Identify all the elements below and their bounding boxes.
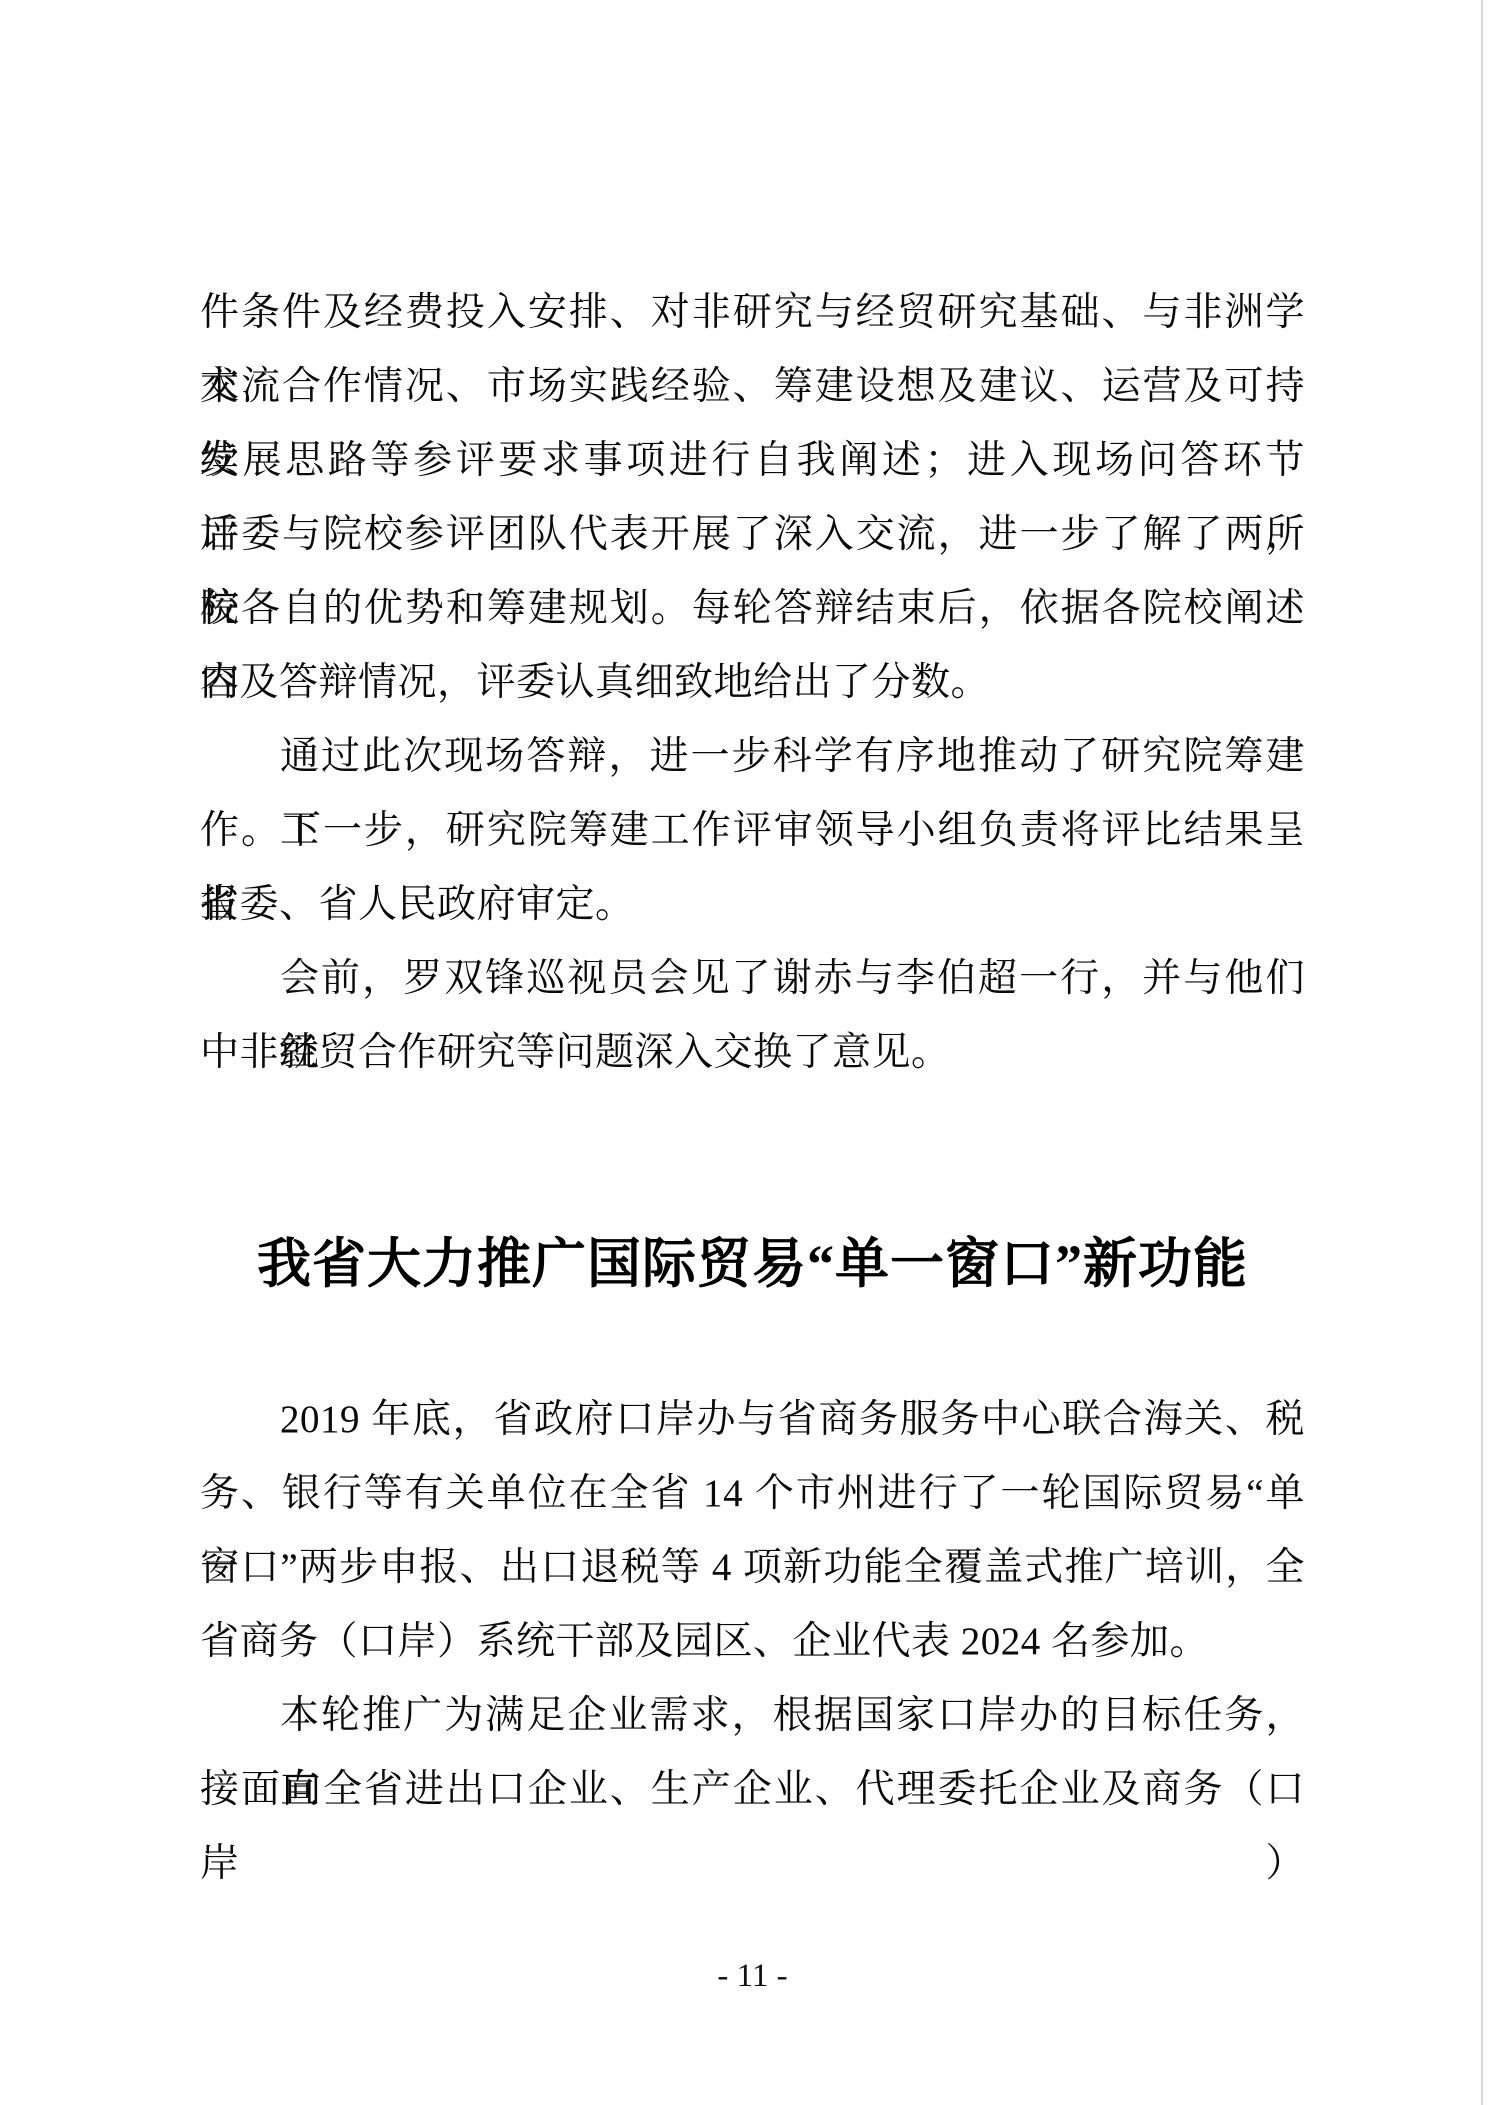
- page-number-footer: - 11 -: [200, 1956, 1305, 1996]
- text-line: 省委、省人民政府审定。: [200, 868, 1305, 942]
- paragraph: 2019 年底，省政府口岸办与省商务服务中心联合海关、税务、银行等有关单位在全省…: [200, 1383, 1305, 1679]
- text-line: 校各自的优势和筹建规划。每轮答辩结束后，依据各院校阐述内: [200, 572, 1305, 646]
- text-line: 窗口”两步申报、出口退税等 4 项新功能全覆盖式推广培训，全: [200, 1531, 1305, 1605]
- paragraph: 会前，罗双锋巡视员会见了谢赤与李伯超一行，并与他们就中非经贸合作研究等问题深入交…: [200, 942, 1305, 1090]
- text-line: 中非经贸合作研究等问题深入交换了意见。: [200, 1016, 1305, 1090]
- text-line: 容及答辩情况，评委认真细致地给出了分数。: [200, 646, 1305, 720]
- text-line: 接面向全省进出口企业、生产企业、代理委托企业及商务（口岸）: [200, 1753, 1305, 1827]
- text-line: 交流合作情况、市场实践经验、筹建设想及建议、运营及可持续: [200, 350, 1305, 424]
- text-line: 件条件及经费投入安排、对非研究与经贸研究基础、与非洲学术: [200, 276, 1305, 350]
- document-page: 件条件及经费投入安排、对非研究与经贸研究基础、与非洲学术交流合作情况、市场实践经…: [0, 0, 1488, 2105]
- paragraph: 通过此次现场答辩，进一步科学有序地推动了研究院筹建工作。下一步，研究院筹建工作评…: [200, 720, 1305, 942]
- body-text-top: 件条件及经费投入安排、对非研究与经贸研究基础、与非洲学术交流合作情况、市场实践经…: [200, 276, 1305, 1090]
- text-line: 发展思路等参评要求事项进行自我阐述；进入现场问答环节后，: [200, 424, 1305, 498]
- body-text-bottom: 2019 年底，省政府口岸办与省商务服务中心联合海关、税务、银行等有关单位在全省…: [200, 1383, 1305, 1827]
- text-line: 作。下一步，研究院筹建工作评审领导小组负责将评比结果呈报: [200, 794, 1305, 868]
- text-line: 务、银行等有关单位在全省 14 个市州进行了一轮国际贸易“单一: [200, 1457, 1305, 1531]
- text-line: 本轮推广为满足企业需求，根据国家口岸办的目标任务，直: [200, 1679, 1305, 1753]
- text-line: 会前，罗双锋巡视员会见了谢赤与李伯超一行，并与他们就: [200, 942, 1305, 1016]
- text-line: 通过此次现场答辩，进一步科学有序地推动了研究院筹建工: [200, 720, 1305, 794]
- paragraph: 本轮推广为满足企业需求，根据国家口岸办的目标任务，直接面向全省进出口企业、生产企…: [200, 1679, 1305, 1827]
- paragraph: 件条件及经费投入安排、对非研究与经贸研究基础、与非洲学术交流合作情况、市场实践经…: [200, 276, 1305, 720]
- text-line: 2019 年底，省政府口岸办与省商务服务中心联合海关、税: [200, 1383, 1305, 1457]
- scan-edge-line: [1481, 0, 1483, 2105]
- text-line: 评委与院校参评团队代表开展了深入交流，进一步了解了两所院: [200, 498, 1305, 572]
- article-heading: 我省大力推广国际贸易“单一窗口”新功能: [200, 1234, 1305, 1294]
- text-line: 省商务（口岸）系统干部及园区、企业代表 2024 名参加。: [200, 1605, 1305, 1679]
